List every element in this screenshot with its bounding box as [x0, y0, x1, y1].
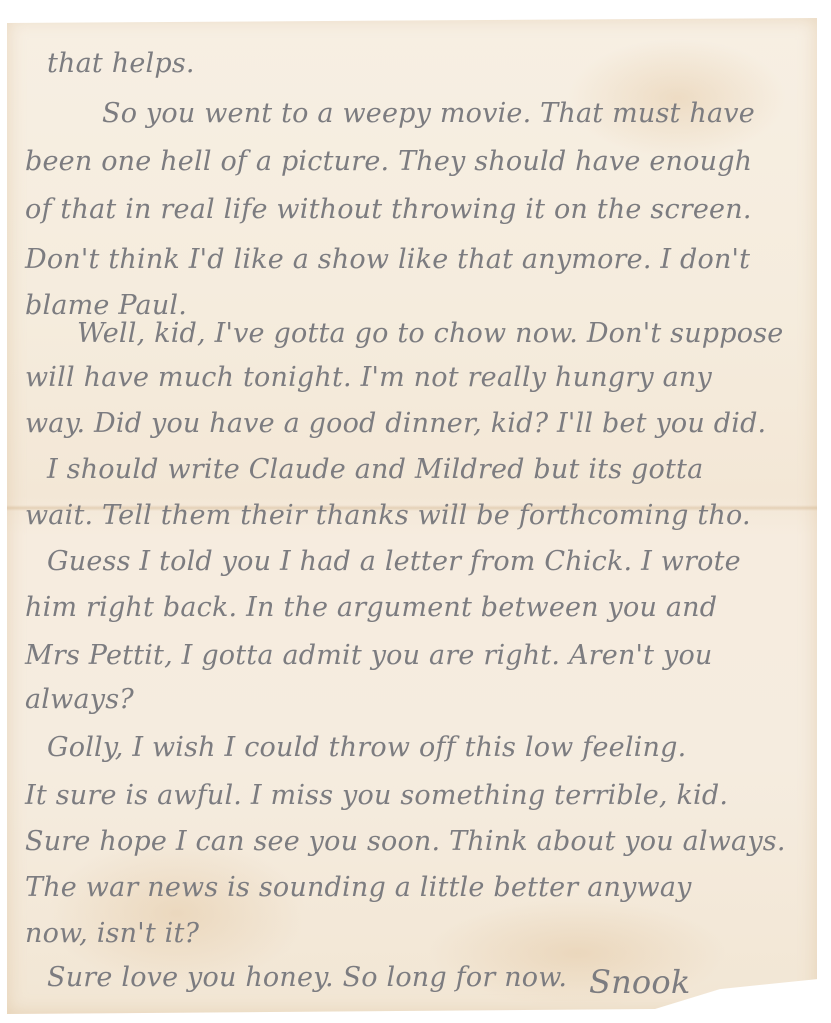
letter-line: Sure hope I can see you soon. Think abou… [25, 826, 786, 858]
letter-line: that helps. [47, 48, 195, 80]
letter-line: now, isn't it? [25, 918, 199, 950]
letter-page: that helps. So you went to a weepy movie… [7, 18, 817, 1014]
signature: Snook [589, 966, 690, 998]
letter-line: Guess I told you I had a letter from Chi… [47, 546, 741, 578]
letter-line: Don't think I'd like a show like that an… [25, 244, 750, 276]
letter-line: It sure is awful. I miss you something t… [25, 780, 728, 812]
letter-line: of that in real life without throwing it… [25, 194, 752, 226]
letter-line: So you went to a weepy movie. That must … [102, 98, 755, 130]
letter-line: The war news is sounding a little better… [25, 872, 692, 904]
letter-line: him right back. In the argument between … [25, 592, 717, 624]
letter-line: Sure love you honey. So long for now. [47, 962, 567, 994]
letter-line: way. Did you have a good dinner, kid? I'… [25, 408, 766, 440]
letter-line: Mrs Pettit, I gotta admit you are right.… [25, 640, 713, 672]
letter-line: wait. Tell them their thanks will be for… [25, 500, 751, 532]
letter-line: always? [25, 684, 134, 716]
letter-line: been one hell of a picture. They should … [25, 146, 752, 178]
letter-line: I should write Claude and Mildred but it… [47, 454, 703, 486]
letter-line: will have much tonight. I'm not really h… [25, 362, 712, 394]
letter-line: Golly, I wish I could throw off this low… [47, 732, 686, 764]
letter-line: Well, kid, I've gotta go to chow now. Do… [77, 318, 783, 350]
